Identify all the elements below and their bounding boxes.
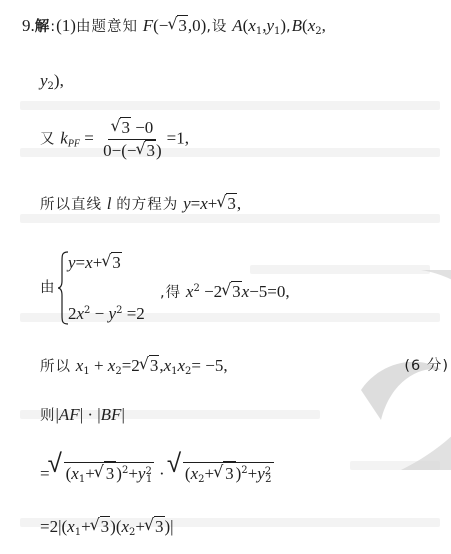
solution-line-5-result: ,得 x2 −23x−5=0, [160, 280, 290, 302]
document-page: 9.解:(1)由题意知 F(−3,0),设 A(x1,y1),B(x2, y2)… [0, 0, 451, 554]
solution-line-9: =2|(x1+3)(x2+3)| [40, 518, 174, 542]
equation-of-text: 的方程为 [116, 197, 178, 213]
slope-subscript: PF [68, 139, 80, 150]
system-equation-2: 2x2 − y2 =2 [68, 302, 145, 323]
solution-line-2: y2), [40, 72, 64, 96]
solution-line-6: 所以 x1 + x2=23,x1x2= −5, (6 分) [40, 357, 451, 381]
solution-line-3: 又 kPF = 3 −00−(−3)=1, [40, 118, 189, 165]
given-text: 由题意知 [76, 19, 138, 35]
obtain-text: 得 [166, 285, 182, 301]
solution-label: 解 [35, 19, 51, 35]
line-variable: l [107, 194, 112, 213]
slope-fraction: 3 −00−(−3) [100, 118, 165, 161]
also-text: 又 [40, 132, 56, 148]
bleed-through-line [20, 214, 440, 223]
solution-line-7: 则|AF| · |BF| [40, 406, 125, 425]
solution-line-4: 所以直线 l 的方程为 y=x+3, [40, 195, 241, 214]
then-text: 则 [40, 408, 56, 424]
solution-line-8: =(x1+3)2+y21 · (x2+3)2+y22 [40, 462, 274, 489]
bleed-through-line [20, 101, 440, 110]
let-text: 设 [212, 19, 228, 35]
problem-number: 9. [22, 16, 35, 35]
part-label: (1) [56, 16, 76, 35]
therefore-text: 所以 [40, 359, 71, 375]
system-equation-1: y=x+3 [68, 254, 122, 272]
solution-line-1: 9.解:(1)由题意知 F(−3,0),设 A(x1,y1),B(x2, [22, 17, 326, 41]
from-text: 由 [40, 280, 56, 296]
solution-line-5-prefix: 由 [40, 278, 56, 297]
score-label: (6 分) [404, 357, 449, 375]
slope-variable: k [60, 129, 68, 148]
so-line-text: 所以直线 [40, 197, 102, 213]
